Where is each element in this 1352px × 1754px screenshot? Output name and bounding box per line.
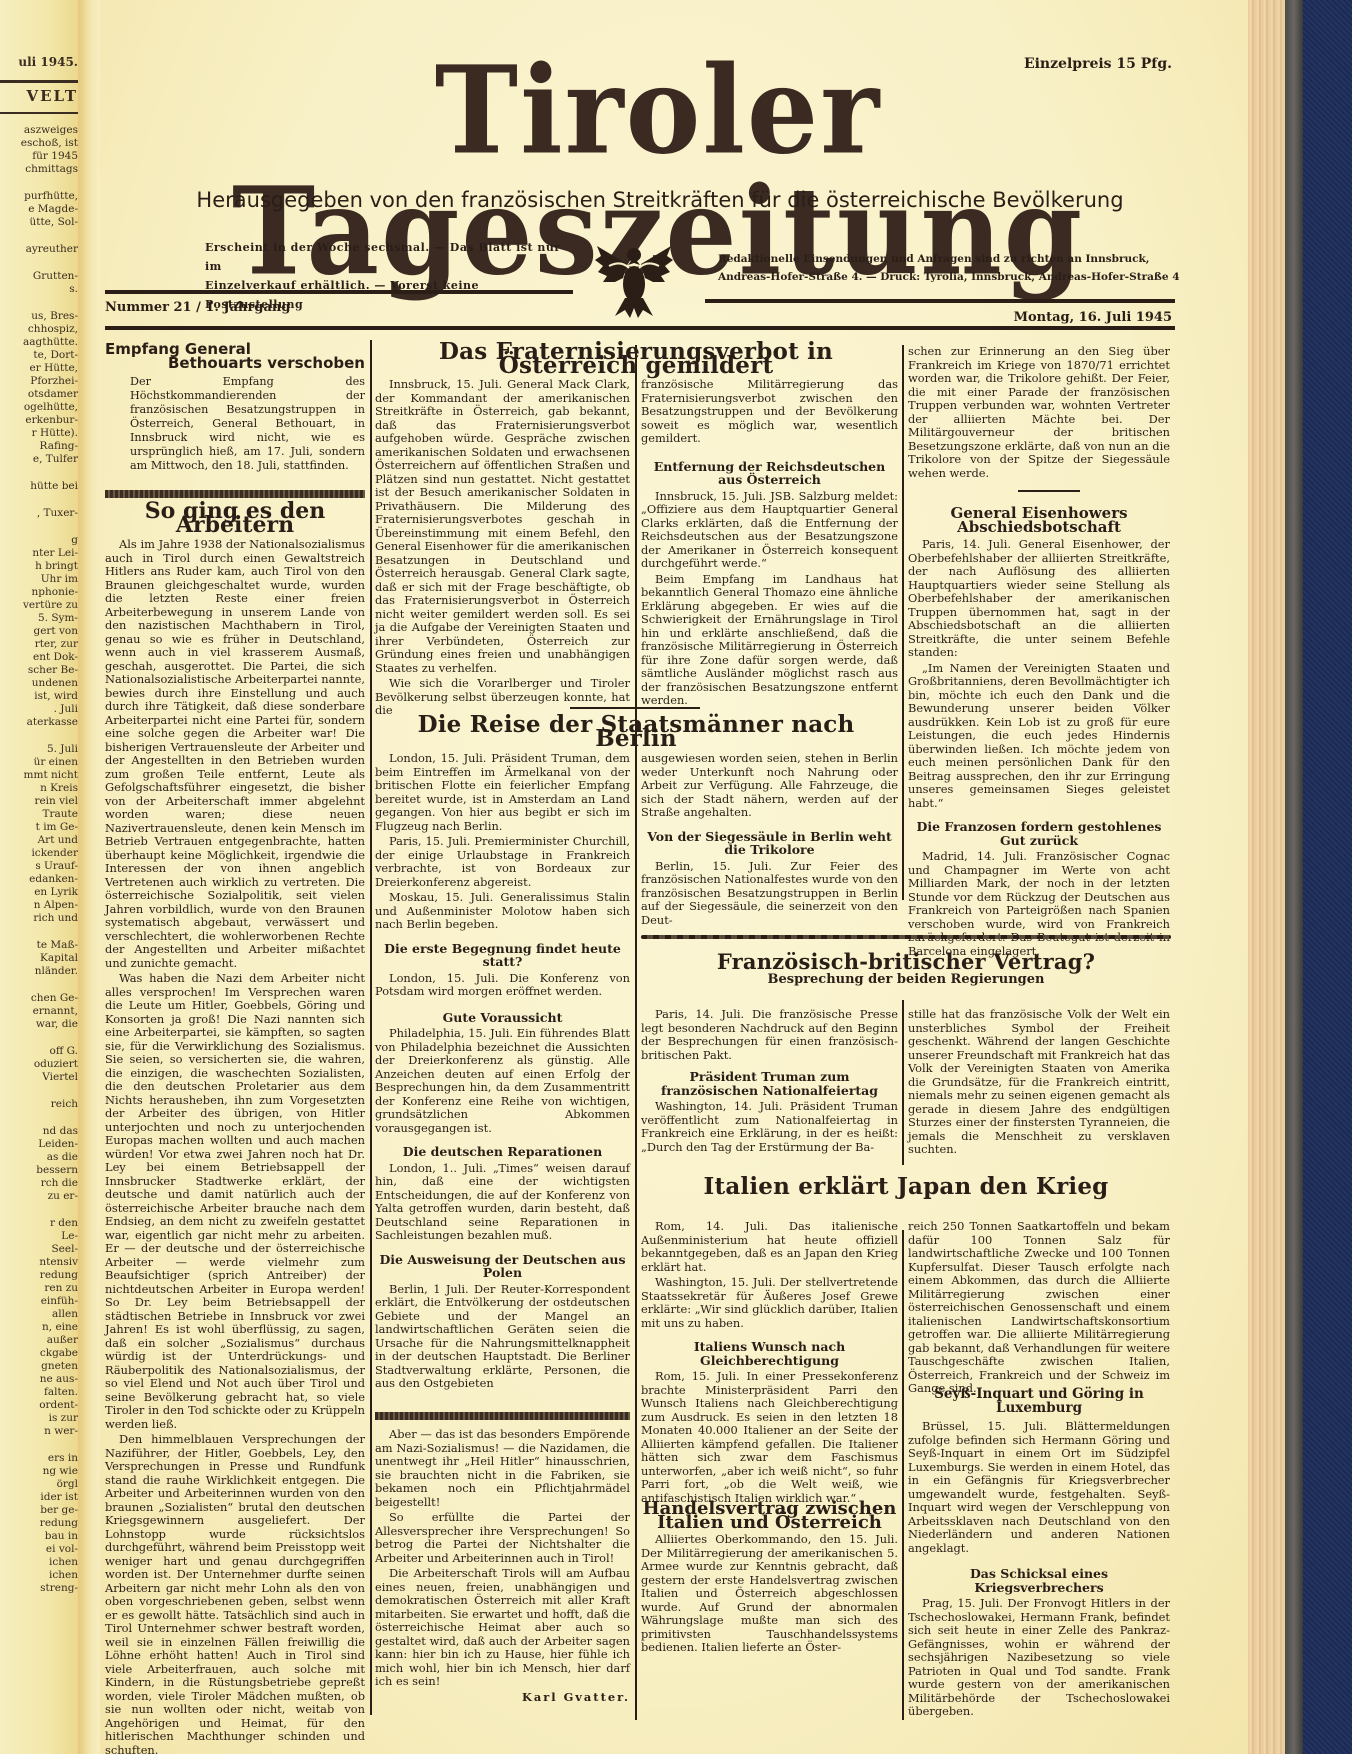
previous-page-line: falten. bbox=[0, 1386, 78, 1398]
previous-page-line: nd das bbox=[0, 1125, 78, 1137]
article-paragraph: Paris, 15. Juli. Premierminister Churchi… bbox=[375, 835, 630, 889]
divider bbox=[0, 112, 78, 114]
previous-page-line: chmittags bbox=[0, 163, 78, 175]
previous-page-line: ernannt, bbox=[0, 1005, 78, 1017]
previous-page-line: en Lyrik bbox=[0, 886, 78, 898]
divider bbox=[0, 80, 78, 83]
article-paragraph: schen zur Erinnerung an den Sieg über Fr… bbox=[908, 345, 1170, 480]
previous-page-line: Le- bbox=[0, 1230, 78, 1242]
previous-page-line: vertüre zu bbox=[0, 599, 78, 611]
subheadline: Die Franzosen fordern gestohlenes Gut zu… bbox=[908, 820, 1170, 847]
article-headline: Italien erklärt Japan den Krieg bbox=[641, 1180, 1171, 1194]
article-divider bbox=[375, 1412, 630, 1420]
article-vertrag-col1: Paris, 14. Juli. Die französische Presse… bbox=[641, 1008, 898, 1156]
previous-page-line: ent Dok- bbox=[0, 651, 78, 663]
previous-page-line: 5. Sym- bbox=[0, 612, 78, 624]
previous-page-line: ogelhütte, bbox=[0, 401, 78, 413]
previous-page-line: nter Lei- bbox=[0, 547, 78, 559]
previous-page-line: r den bbox=[0, 1217, 78, 1229]
previous-page-line: t im Ge- bbox=[0, 821, 78, 833]
previous-page-line: nländer. bbox=[0, 965, 78, 977]
previous-page-section: VELT bbox=[0, 90, 78, 102]
masthead-rule bbox=[105, 326, 1175, 330]
previous-page-line: purfhütte, bbox=[0, 190, 78, 202]
previous-page-line: chen Ge- bbox=[0, 992, 78, 1004]
previous-page-line: te, Dort- bbox=[0, 349, 78, 361]
previous-page-line: ber ge- bbox=[0, 1504, 78, 1516]
previous-page-line: bessern bbox=[0, 1164, 78, 1176]
article-headline: General Eisenhowers Abschiedsbotschaft bbox=[908, 507, 1170, 534]
previous-page-line: allen bbox=[0, 1308, 78, 1320]
previous-page-line: n wer- bbox=[0, 1425, 78, 1437]
subheadline: Die deutschen Reparationen bbox=[375, 1145, 630, 1159]
previous-page-line: bau in bbox=[0, 1530, 78, 1542]
previous-page-line: außer bbox=[0, 1334, 78, 1346]
article-paragraph: Brüssel, 15. Juli. Blättermeldungen zufo… bbox=[908, 1420, 1170, 1555]
subheadline: Die erste Begegnung findet heute statt? bbox=[375, 942, 630, 969]
previous-page-line: ei vol- bbox=[0, 1543, 78, 1555]
previous-page-line: er Hütte, bbox=[0, 362, 78, 374]
article-paragraph: Prag, 15. Juli. Der Fronvogt Hitlers in … bbox=[908, 1597, 1170, 1719]
article-paragraph: Paris, 14. Juli. Die französische Presse… bbox=[641, 1008, 898, 1062]
subheadline: Das Schicksal eines Kriegsverbrechers bbox=[908, 1567, 1170, 1594]
masthead-rule bbox=[705, 299, 1175, 303]
article-paragraph: So erfüllte die Partei der Allesversprec… bbox=[375, 1511, 630, 1565]
previous-page-line: hütte bei bbox=[0, 480, 78, 492]
previous-page-line: gert von bbox=[0, 625, 78, 637]
previous-page-line: edanken- bbox=[0, 873, 78, 885]
previous-page-line: chhospiz, bbox=[0, 323, 78, 335]
article-divider bbox=[105, 490, 365, 498]
previous-page-line: ichen bbox=[0, 1556, 78, 1568]
previous-page-line: , Tuxer- bbox=[0, 507, 78, 519]
issue-date: Montag, 16. Juli 1945 bbox=[1014, 310, 1172, 325]
article-headline: Bethouarts verschoben bbox=[105, 357, 365, 371]
previous-page-line: s. bbox=[0, 283, 78, 295]
previous-page-line: rich und bbox=[0, 912, 78, 924]
article-handelsvertrag: Handelsvertrag zwischen Italien und Öste… bbox=[641, 1502, 898, 1657]
previous-page-line: ist, wird bbox=[0, 690, 78, 702]
article-paragraph: Innsbruck, 15. Juli. General Mack Clark,… bbox=[375, 378, 630, 675]
previous-page-line: Viertel bbox=[0, 1071, 78, 1083]
article-reise-col1: London, 15. Juli. Präsident Truman, dem … bbox=[375, 752, 630, 1393]
previous-page-line: örgl bbox=[0, 1478, 78, 1490]
previous-page-line: ichen bbox=[0, 1569, 78, 1581]
previous-page-line: ider ist bbox=[0, 1491, 78, 1503]
column-rule bbox=[902, 345, 904, 900]
previous-page-line: s Urauf- bbox=[0, 860, 78, 872]
previous-page-line: ng wie bbox=[0, 1465, 78, 1477]
article-paragraph: Als im Jahre 1938 der Nationalsozialismu… bbox=[105, 538, 365, 970]
article-paragraph: stille hat das französische Volk der Wel… bbox=[908, 1008, 1170, 1157]
previous-page-line: undenen bbox=[0, 677, 78, 689]
section-divider bbox=[641, 935, 1171, 939]
article-paragraph: London, 1.. Juli. „Times“ weisen darauf … bbox=[375, 1162, 630, 1243]
previous-page-line: Grutten- bbox=[0, 270, 78, 282]
article-fraternisierung-col2: französische Militärregierung das Frater… bbox=[641, 378, 898, 710]
subheadline: Italiens Wunsch nach Gleichberechtigung bbox=[641, 1340, 898, 1367]
publication-info-line: Erscheint in der Woche sechsmal. — Das B… bbox=[205, 238, 565, 276]
article-paragraph: Berlin, 1 Juli. Der Reuter-Korrespondent… bbox=[375, 1283, 630, 1391]
article-fraternisierung: Das Fraternisierungsverbot in Österreich… bbox=[375, 345, 897, 372]
previous-page-line: ütte, Sol- bbox=[0, 216, 78, 228]
previous-page-line: Kapital bbox=[0, 952, 78, 964]
article-italien: Italien erklärt Japan den Krieg bbox=[641, 1180, 1171, 1194]
previous-page-line: rein viel bbox=[0, 795, 78, 807]
column-rule bbox=[902, 1000, 904, 1165]
subheadline: Entfernung der Reichsdeutschen aus Öster… bbox=[641, 460, 898, 487]
article-vertrag: Französisch-britischer Vertrag? Besprech… bbox=[641, 955, 1171, 989]
article-paragraph: französische Militärregierung das Frater… bbox=[641, 378, 898, 446]
editorial-info: Redaktionelle Einsendungen und Anfragen … bbox=[718, 250, 1218, 286]
subheadline: Von der Siegessäule in Berlin weht die T… bbox=[641, 830, 898, 857]
article-paragraph: Den himmelblauen Versprechungen der Nazi… bbox=[105, 1433, 365, 1754]
previous-page-line: mmt nicht bbox=[0, 769, 78, 781]
article-headline: Die Reise der Staatsmänner nach Berlin bbox=[375, 718, 897, 745]
previous-page-line: as die bbox=[0, 1151, 78, 1163]
article-paragraph: Alliiertes Oberkommando, den 15. Juli. D… bbox=[641, 1533, 898, 1655]
previous-page-line: reich bbox=[0, 1098, 78, 1110]
masthead-subtitle: Herausgegeben von den französischen Stre… bbox=[160, 188, 1160, 212]
book-binding bbox=[1303, 0, 1352, 1754]
previous-page-line: e Magde- bbox=[0, 203, 78, 215]
previous-page-line: Pforzhei- bbox=[0, 375, 78, 387]
previous-page-line: n Alpen- bbox=[0, 899, 78, 911]
article-headline: Das Fraternisierungsverbot in Österreich… bbox=[375, 345, 897, 372]
previous-page-line: ntensiv bbox=[0, 1256, 78, 1268]
previous-page-fragment: uli 1945. VELT aszweigeseschoß, istfür 1… bbox=[0, 0, 82, 1754]
article-subheadline: Besprechung der beiden Regierungen bbox=[641, 973, 1171, 987]
article-paragraph: Rom, 15. Juli. In einer Pressekonferenz … bbox=[641, 1370, 898, 1505]
editorial-info-line: Andreas-Hofer-Straße 4. — Druck: Tyrolia… bbox=[718, 268, 1218, 286]
page-edges bbox=[1248, 0, 1288, 1754]
previous-page-line: ayreuther bbox=[0, 243, 78, 255]
previous-page-line: Seel- bbox=[0, 1243, 78, 1255]
previous-page-line: Rafing- bbox=[0, 440, 78, 452]
article-paragraph: „Im Namen der Vereinigten Staaten und Gr… bbox=[908, 662, 1170, 811]
previous-page-line: war, die bbox=[0, 1018, 78, 1030]
previous-page-line: nphonie- bbox=[0, 586, 78, 598]
article-paragraph: Berlin, 15. Juli. Zur Feier des französi… bbox=[641, 860, 898, 928]
article-empfang-bethouart: Empfang General Bethouarts verschoben De… bbox=[105, 343, 365, 473]
previous-page-line: Traute bbox=[0, 808, 78, 820]
previous-page-line: . Juli bbox=[0, 703, 78, 715]
article-paragraph: Washington, 15. Juli. Der stellvertreten… bbox=[641, 1276, 898, 1330]
article-reise: Die Reise der Staatsmänner nach Berlin bbox=[375, 718, 897, 745]
previous-page-line: Leiden- bbox=[0, 1138, 78, 1150]
previous-page-line: ckgabe bbox=[0, 1347, 78, 1359]
article-paragraph: Beim Empfang im Landhaus hat bekanntlich… bbox=[641, 573, 898, 708]
previous-page-line: ers in bbox=[0, 1452, 78, 1464]
previous-page-line: h bringt bbox=[0, 560, 78, 572]
binding-spine bbox=[1285, 0, 1303, 1754]
previous-page-line: zu er- bbox=[0, 1190, 78, 1202]
previous-page-line: ür einen bbox=[0, 756, 78, 768]
previous-page-line: te Maß- bbox=[0, 939, 78, 951]
article-paragraph: Rom, 14. Juli. Das italienische Außenmin… bbox=[641, 1220, 898, 1274]
previous-page-line: aterkasse bbox=[0, 716, 78, 728]
editorial-info-line: Redaktionelle Einsendungen und Anfragen … bbox=[718, 250, 1218, 268]
column-rule bbox=[370, 340, 372, 1715]
article-arbeitern-continuation: Aber — das ist das besonders Empörende a… bbox=[375, 1428, 630, 1704]
article-italien-col1: Rom, 14. Juli. Das italienische Außenmin… bbox=[641, 1220, 898, 1507]
article-headline: So ging es den Arbeitern bbox=[105, 505, 365, 532]
previous-page-line: erkenbur- bbox=[0, 414, 78, 426]
previous-page-line: streng- bbox=[0, 1582, 78, 1594]
previous-page-line: aagthütte. bbox=[0, 336, 78, 348]
article-eisenhower: General Eisenhowers Abschiedsbotschaft P… bbox=[908, 507, 1170, 960]
previous-page-line: oduziert bbox=[0, 1058, 78, 1070]
subheadline: Gute Voraussicht bbox=[375, 1011, 630, 1025]
article-paragraph: London, 15. Juli. Präsident Truman, dem … bbox=[375, 752, 630, 833]
article-paragraph: Philadelphia, 15. Juli. Ein führendes Bl… bbox=[375, 1027, 630, 1135]
subheadline: Die Ausweisung der Deutschen aus Polen bbox=[375, 1253, 630, 1280]
article-paragraph: Washington, 14. Juli. Präsident Truman v… bbox=[641, 1100, 898, 1154]
article-paragraph: Was haben die Nazi dem Arbeiter nicht al… bbox=[105, 972, 365, 1431]
article-italien-col2: reich 250 Tonnen Saatkartoffeln und beka… bbox=[908, 1220, 1170, 1398]
article-arbeitern: So ging es den Arbeitern Als im Jahre 19… bbox=[105, 505, 365, 1754]
column-rule bbox=[635, 345, 637, 1720]
article-paragraph: Aber — das ist das besonders Empörende a… bbox=[375, 1428, 630, 1509]
previous-page-line: Uhr im bbox=[0, 573, 78, 585]
previous-page-date: uli 1945. bbox=[0, 56, 78, 68]
article-fraternisierung-col1: Innsbruck, 15. Juli. General Mack Clark,… bbox=[375, 378, 630, 720]
column-rule bbox=[902, 1230, 904, 1720]
article-luxemburg: Seyß-Inquart und Göring in Luxemburg Brü… bbox=[908, 1388, 1170, 1721]
article-paragraph: Paris, 14. Juli. General Eisenhower, der… bbox=[908, 538, 1170, 660]
previous-page-line: ne aus- bbox=[0, 1373, 78, 1385]
previous-page-line: redung bbox=[0, 1517, 78, 1529]
article-reise-col2: ausgewiesen worden seien, stehen in Berl… bbox=[641, 752, 898, 929]
article-headline: Französisch-britischer Vertrag? bbox=[641, 955, 1171, 969]
article-paragraph: Madrid, 14. Juli. Französischer Cognac u… bbox=[908, 850, 1170, 958]
article-headline: Italien und Österreich bbox=[641, 1516, 898, 1530]
previous-page-line: Art und bbox=[0, 834, 78, 846]
article-paragraph: reich 250 Tonnen Saatkartoffeln und beka… bbox=[908, 1220, 1170, 1396]
article-body: Der Empfang des Höchstkommandierenden de… bbox=[130, 375, 365, 473]
article-paragraph: London, 15. Juli. Die Konferenz von Pots… bbox=[375, 972, 630, 999]
article-reise-continuation: schen zur Erinnerung an den Sieg über Fr… bbox=[908, 345, 1170, 482]
article-paragraph: ausgewiesen worden seien, stehen in Berl… bbox=[641, 752, 898, 820]
article-paragraph: Innsbruck, 15. Juli. JSB. Salzburg melde… bbox=[641, 490, 898, 571]
article-divider bbox=[1018, 490, 1080, 492]
author-signature: Karl Gvatter. bbox=[375, 1691, 630, 1705]
previous-page-line: für 1945 bbox=[0, 150, 78, 162]
previous-page-line: g bbox=[0, 534, 78, 546]
previous-page-line: aszweiges bbox=[0, 124, 78, 136]
previous-page-line: scher Be- bbox=[0, 664, 78, 676]
article-paragraph: Die Arbeiterschaft Tirols will am Aufbau… bbox=[375, 1567, 630, 1689]
subheadline: Präsident Truman zum französischen Natio… bbox=[641, 1070, 898, 1097]
previous-page-line: rter, zur bbox=[0, 638, 78, 650]
previous-page-line: n, eine bbox=[0, 1321, 78, 1333]
article-paragraph: Moskau, 15. Juli. Generalissimus Stalin … bbox=[375, 891, 630, 932]
previous-page-line: n Kreis bbox=[0, 782, 78, 794]
issue-number: Nummer 21 / 1. Jahrgang bbox=[105, 300, 290, 315]
previous-page-line: redung bbox=[0, 1269, 78, 1281]
article-divider bbox=[570, 707, 700, 709]
previous-page-line: gneten bbox=[0, 1360, 78, 1372]
previous-page-line: ren zu bbox=[0, 1282, 78, 1294]
previous-page-line: e, Tulfer bbox=[0, 453, 78, 465]
previous-page-line: ickender bbox=[0, 847, 78, 859]
tyrolean-eagle-icon bbox=[595, 238, 673, 320]
previous-page-line: otsdamer bbox=[0, 388, 78, 400]
masthead-rule bbox=[105, 290, 573, 294]
previous-page-line: einfüh- bbox=[0, 1295, 78, 1307]
previous-page-line: us, Bres- bbox=[0, 310, 78, 322]
previous-page-line: ordent- bbox=[0, 1399, 78, 1411]
previous-page-line: r Hütte). bbox=[0, 427, 78, 439]
previous-page-line: is zur bbox=[0, 1412, 78, 1424]
article-headline: Seyß-Inquart und Göring in Luxemburg bbox=[908, 1388, 1170, 1415]
previous-page-line: off G. bbox=[0, 1045, 78, 1057]
previous-page-line: rch die bbox=[0, 1177, 78, 1189]
article-vertrag-col2: stille hat das französische Volk der Wel… bbox=[908, 1008, 1170, 1159]
previous-page-line: 5. Juli bbox=[0, 743, 78, 755]
previous-page-line: eschoß, ist bbox=[0, 137, 78, 149]
